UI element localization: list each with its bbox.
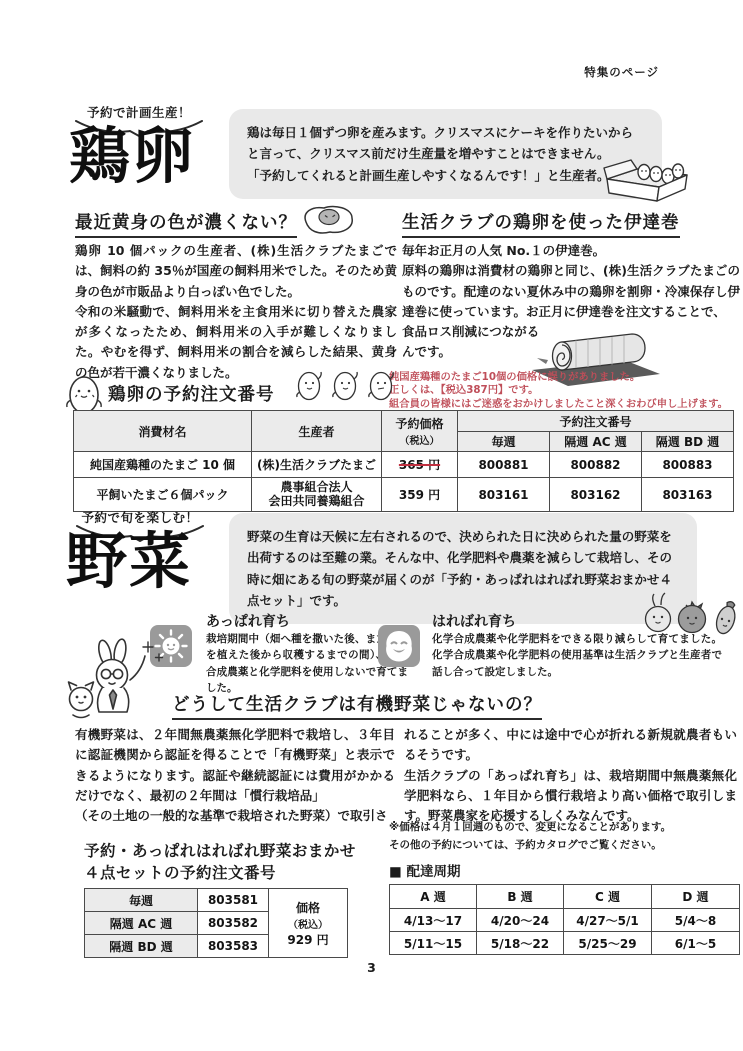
item-cell: 平飼いたまご６個パック — [74, 478, 252, 512]
newsletter-page: 特集のページ 予約で計画生産！ 鶏卵 鶏は毎日１個ずつ卵を産みます。クリスマスに… — [0, 0, 743, 1051]
page-header-label: 特集のページ — [584, 64, 659, 80]
price-change-note: ※価格は４月１回週のもので、変更になることがあります。 その他の予約については、… — [389, 819, 741, 855]
table-row: 平飼いたまご６個パック 農事組合法人 会田共同養鶏組合 359 円 803161… — [74, 478, 734, 512]
delivery-cycle-table: A 週 B 週 C 週 D 週 4/13～17 4/20～24 4/27～5/1… — [389, 884, 740, 955]
egg-intro-bubble: 鶏は毎日１個ずつ卵を産みます。クリスマスにケーキを作りたいからと言って、クリスマ… — [229, 109, 662, 199]
table-row: 5/11～15 5/18～22 5/25～29 6/1～5 — [390, 932, 740, 955]
egg-carton-icon — [602, 148, 692, 208]
page-number: 3 — [0, 960, 743, 975]
week-header: A 週 — [390, 885, 477, 909]
col-header-order-group: 予約注文番号 — [458, 411, 734, 432]
producer-cell: (株)生活クラブたまご — [252, 452, 382, 478]
col-header-price: 予約価格（税込） — [382, 411, 458, 452]
order-code-cell: 800882 — [550, 452, 642, 478]
order-code-cell: 803161 — [458, 478, 550, 512]
price-cell: 359 円 — [382, 478, 458, 512]
item-cell: 純国産鶏種のたまご 10 個 — [74, 452, 252, 478]
date-range-cell: 5/4～8 — [652, 909, 740, 932]
date-range-cell: 4/27～5/1 — [564, 909, 652, 932]
col-header-item: 消費材名 — [74, 411, 252, 452]
table-row: 4/13～17 4/20～24 4/27～5/1 5/4～8 — [390, 909, 740, 932]
struck-price: 365 円 — [399, 458, 440, 472]
organic-right-column: れることが多く、中には途中で心が折れる新規就農者もいるそうです。 生活クラブの「… — [404, 725, 737, 826]
date-range-cell: 4/13～17 — [390, 909, 477, 932]
egg-order-table: 消費材名 生産者 予約価格（税込） 予約注文番号 毎週 隔週 AC 週 隔週 B… — [73, 410, 734, 512]
veg-intro-bubble: 野菜の生育は天候に左右されるので、決められた日に決められた量の野菜を出荷するのは… — [229, 513, 697, 624]
price-cell: 365 円 — [382, 452, 458, 478]
rabbit-and-cat-icon — [60, 636, 168, 722]
egg-section-title: 鶏卵 — [69, 126, 195, 187]
date-range-cell: 5/25～29 — [564, 932, 652, 955]
cycle-label-cell: 隔週 AC 週 — [85, 912, 198, 935]
col-header-weekly: 毎週 — [458, 432, 550, 452]
order-code-cell: 800883 — [642, 452, 734, 478]
veg-order-heading: 予約・あっぱれはればれ野菜おまかせ ４点セットの予約注文番号 — [84, 841, 356, 884]
harebare-label: はればれ育ち — [432, 611, 516, 631]
veg-order-table: 毎週 803581 価格 （税込） 929 円 隔週 AC 週 803582 隔… — [84, 888, 348, 958]
order-code-cell: 803583 — [198, 935, 269, 958]
col-header-ac: 隔週 AC 週 — [550, 432, 642, 452]
col-header-producer: 生産者 — [252, 411, 382, 452]
week-header: B 週 — [477, 885, 564, 909]
delivery-cycle-heading: ■ 配達周期 — [389, 860, 460, 880]
veg-section-title: 野菜 — [66, 531, 192, 592]
organic-left-column: 有機野菜は、２年間無農薬無化学肥料で栽培し、３年目に認証機関から認証を得ることで… — [75, 725, 395, 826]
fried-egg-icon — [300, 202, 356, 236]
cycle-label-cell: 隔週 BD 週 — [85, 935, 198, 958]
appare-label: あっぱれ育ち — [206, 611, 290, 631]
yolk-color-body: 鶏卵 10 個パックの生産者、(株)生活クラブたまごでは、飼料の約 35％が国産… — [75, 241, 397, 383]
producer-cell: 農事組合法人 会田共同養鶏組合 — [252, 478, 382, 512]
order-code-cell: 803581 — [198, 889, 269, 912]
table-row: 毎週 803581 価格 （税込） 929 円 — [85, 889, 348, 912]
cycle-label-cell: 毎週 — [85, 889, 198, 912]
egg-order-heading: 鶏卵の予約注文番号 — [108, 381, 275, 406]
date-range-cell: 5/11～15 — [390, 932, 477, 955]
date-range-cell: 5/18～22 — [477, 932, 564, 955]
col-header-bd: 隔週 BD 週 — [642, 432, 734, 452]
egg-mascots-row-icon — [294, 366, 400, 406]
order-code-cell: 803162 — [550, 478, 642, 512]
order-code-cell: 803582 — [198, 912, 269, 935]
yolk-color-heading: 最近黄身の色が濃くない？ — [75, 209, 297, 238]
table-row: 純国産鶏種のたまご 10 個 (株)生活クラブたまご 365 円 800881 … — [74, 452, 734, 478]
price-cell: 価格 （税込） 929 円 — [269, 889, 348, 958]
organic-question-heading: どうして生活クラブは有機野菜じゃないの？ — [172, 691, 542, 720]
order-code-cell: 800881 — [458, 452, 550, 478]
harebare-body: 化学合成農薬や化学肥料をできる限り減らして育てました。化学合成農薬や化学肥料の使… — [432, 631, 722, 680]
smile-face-icon — [378, 625, 420, 667]
week-header: C 週 — [564, 885, 652, 909]
datemaki-heading: 生活クラブの鶏卵を使った伊達巻 — [402, 209, 680, 238]
date-range-cell: 4/20～24 — [477, 909, 564, 932]
order-code-cell: 803163 — [642, 478, 734, 512]
date-range-cell: 6/1～5 — [652, 932, 740, 955]
price-correction-note: 純国産鶏種のたまご10個の価格に誤りがありました。 正しくは、【税込387円】で… — [389, 371, 743, 411]
week-header: D 週 — [652, 885, 740, 909]
